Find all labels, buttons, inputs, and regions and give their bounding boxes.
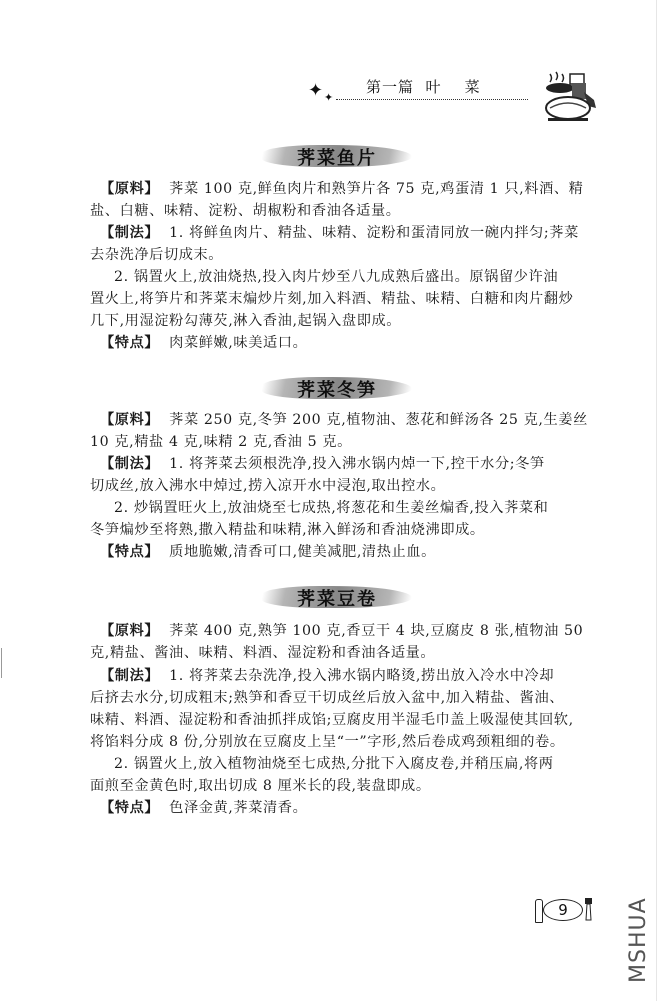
text-line: 将馅料分成 8 份,分别放在豆腐皮上呈“一”字形,然后卷成鸡颈粗细的卷。 bbox=[90, 731, 590, 753]
text-line: 盐、白糖、味精、淀粉、胡椒粉和香油各适量。 bbox=[90, 200, 590, 222]
method-label: 【制法】 bbox=[100, 456, 159, 472]
page-number-badge: 9 bbox=[533, 896, 593, 924]
page-number: 9 bbox=[543, 899, 583, 921]
page-edge-shadow bbox=[656, 0, 657, 1001]
text-line: 味精、料酒、湿淀粉和香油抓拌成馅;豆腐皮用半湿毛巾盖上吸湿使其回软, bbox=[90, 709, 590, 731]
features-label: 【特点】 bbox=[100, 800, 159, 816]
text-line: 质地脆嫩,清香可口,健美减肥,清热止血。 bbox=[169, 544, 436, 560]
recipe-3-ingredients: 【原料】荠菜 400 克,熟笋 100 克,香豆干 4 块,豆腐皮 8 张,植物… bbox=[90, 620, 590, 664]
sparkle-icon: ✦ bbox=[308, 82, 323, 100]
text-line: 冬笋煸炒至将熟,撒入精盐和味精,淋入鲜汤和香油烧沸即成。 bbox=[90, 519, 590, 541]
recipe-1-ingredients: 【原料】荠菜 100 克,鲜鱼肉片和熟笋片各 75 克,鸡蛋清 1 只,料酒、精… bbox=[90, 178, 590, 222]
chef-cooking-icon bbox=[540, 68, 604, 124]
text-line: 荠菜 100 克,鲜鱼肉片和熟笋片各 75 克,鸡蛋清 1 只,料酒、精 bbox=[169, 181, 583, 197]
recipe-2-method: 【制法】1. 将荠菜去须根洗净,投入沸水锅内焯一下,控干水分;冬笋 切成丝,放入… bbox=[90, 453, 590, 541]
recipe-3-method: 【制法】1. 将荠菜去杂洗净,投入沸水锅内略烫,捞出放入冷水中冷却 后挤去水分,… bbox=[90, 665, 590, 797]
text-line: 2. 炒锅置旺火上,放油烧至七成热,将葱花和生姜丝煸香,投入荠菜和 bbox=[90, 497, 590, 519]
ingredients-label: 【原料】 bbox=[100, 623, 159, 639]
text-line: 肉菜鲜嫩,味美适口。 bbox=[169, 335, 307, 351]
recipe-title-1: 荠菜鱼片 bbox=[262, 140, 412, 172]
features-label: 【特点】 bbox=[100, 335, 159, 351]
margin-mark bbox=[1, 648, 2, 678]
method-label: 【制法】 bbox=[100, 225, 159, 241]
recipe-3-features: 【特点】色泽金黄,荠菜清香。 bbox=[90, 797, 590, 819]
text-line: 2. 锅置火上,放油烧热,投入肉片炒至八九成熟后盛出。原锅留少许油 bbox=[90, 266, 590, 288]
text-line: 后挤去水分,切成粗末;熟笋和香豆干切成丝后放入盆中,加入精盐、酱油、 bbox=[90, 687, 590, 709]
text-line: 置火上,将笋片和荠菜末煸炒片刻,加入料酒、精盐、味精、白糖和肉片翻炒 bbox=[90, 288, 590, 310]
text-line: 几下,用湿淀粉勾薄芡,淋入香油,起锅入盘即成。 bbox=[90, 310, 590, 332]
text-line: 1. 将鲜鱼肉片、精盐、味精、淀粉和蛋清同放一碗内拌匀;荠菜 bbox=[169, 225, 579, 241]
method-label: 【制法】 bbox=[100, 668, 159, 684]
ingredients-label: 【原料】 bbox=[100, 412, 159, 428]
watermark: MSHUA bbox=[626, 880, 656, 1000]
recipe-2-features: 【特点】质地脆嫩,清香可口,健美减肥,清热止血。 bbox=[90, 541, 590, 563]
ingredients-label: 【原料】 bbox=[100, 181, 159, 197]
recipe-2-ingredients: 【原料】荠菜 250 克,冬笋 200 克,植物油、葱花和鲜汤各 25 克,生姜… bbox=[90, 409, 590, 453]
text-line: 色泽金黄,荠菜清香。 bbox=[169, 800, 307, 816]
text-line: 荠菜 400 克,熟笋 100 克,香豆干 4 块,豆腐皮 8 张,植物油 50 bbox=[169, 623, 583, 639]
text-line: 克,精盐、酱油、味精、料酒、湿淀粉和香油各适量。 bbox=[90, 642, 590, 664]
sparkle-small-icon: ✦ bbox=[324, 92, 333, 103]
recipe-title-text: 荠菜豆卷 bbox=[262, 585, 412, 611]
text-line: 1. 将荠菜去须根洗净,投入沸水锅内焯一下,控干水分;冬笋 bbox=[169, 456, 545, 472]
running-header: ✦ ✦ 第一篇 叶 菜 bbox=[300, 72, 600, 112]
text-line: 去杂洗净后切成末。 bbox=[90, 244, 590, 266]
recipe-title-2: 荠菜冬笋 bbox=[262, 372, 412, 404]
chapter-title: 第一篇 叶 菜 bbox=[366, 76, 481, 97]
text-line: 2. 锅置火上,放入植物油烧至七成热,分批下入腐皮卷,并稍压扁,将两 bbox=[90, 753, 590, 775]
knife-icon bbox=[535, 899, 543, 923]
text-line: 面煎至金黄色时,取出切成 8 厘米长的段,装盘即成。 bbox=[90, 775, 590, 797]
text-line: 1. 将荠菜去杂洗净,投入沸水锅内略烫,捞出放入冷水中冷却 bbox=[169, 668, 554, 684]
text-line: 荠菜 250 克,冬笋 200 克,植物油、葱花和鲜汤各 25 克,生姜丝 bbox=[169, 412, 588, 428]
recipe-1-method: 【制法】1. 将鲜鱼肉片、精盐、味精、淀粉和蛋清同放一碗内拌匀;荠菜 去杂洗净后… bbox=[90, 222, 590, 332]
recipe-title-3: 荠菜豆卷 bbox=[262, 581, 412, 613]
features-label: 【特点】 bbox=[100, 544, 159, 560]
recipe-title-text: 荠菜冬笋 bbox=[262, 376, 412, 402]
recipe-1-features: 【特点】肉菜鲜嫩,味美适口。 bbox=[90, 332, 590, 354]
fork-icon bbox=[585, 898, 592, 921]
recipe-title-text: 荠菜鱼片 bbox=[262, 144, 412, 170]
header-dotted-rule bbox=[336, 99, 528, 100]
text-line: 10 克,精盐 4 克,味精 2 克,香油 5 克。 bbox=[90, 431, 590, 453]
text-line: 切成丝,放入沸水中焯过,捞入凉开水中浸泡,取出控水。 bbox=[90, 475, 590, 497]
